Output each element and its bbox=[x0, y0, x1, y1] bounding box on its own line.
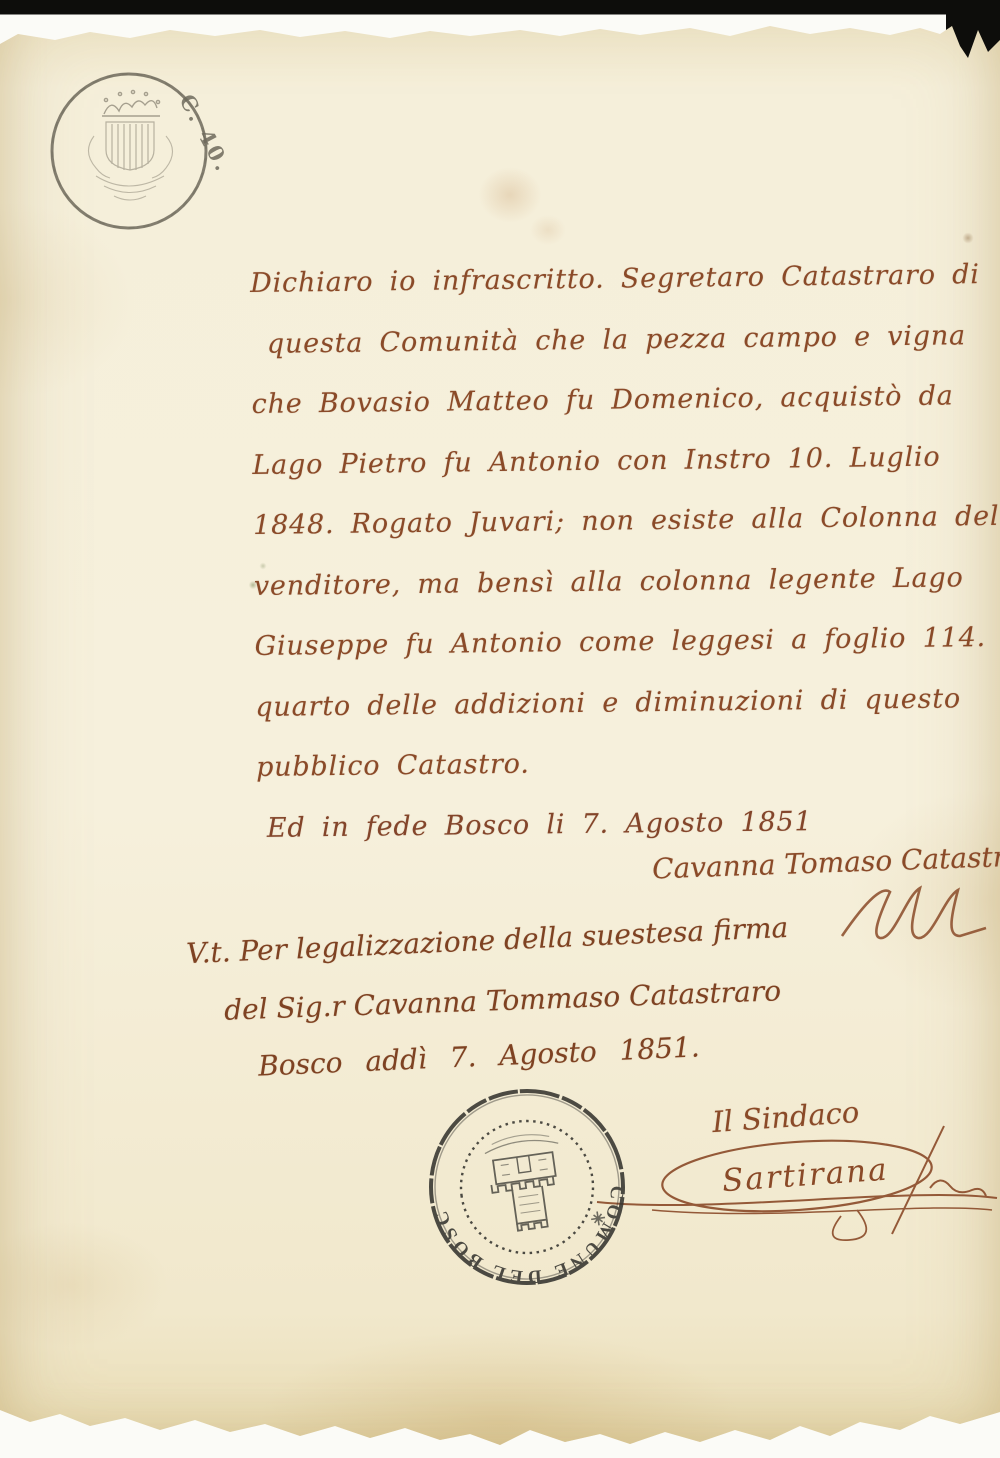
legalization-line: del Sig.r Cavanna Tommaso Catastraro bbox=[224, 974, 782, 1026]
manuscript-line: Giuseppe fu Antonio come leggesi a fogli… bbox=[254, 622, 1000, 692]
manuscript-body: Dichiaro io infrascritto. Segretaro Cata… bbox=[250, 259, 1000, 873]
manuscript-line: pubblico Catastro. bbox=[256, 743, 1000, 813]
manuscript-line: questa Comunità che la pezza campo e vig… bbox=[251, 319, 997, 389]
legalization-line: V.t. Per legalizzazione della suestesa f… bbox=[186, 911, 789, 970]
signature-end-squiggle bbox=[930, 1180, 986, 1196]
signature-pen-stroke bbox=[892, 1126, 944, 1234]
municipal-seal: COMUNE DEL BOSCO bbox=[420, 1080, 635, 1295]
castle-emblem bbox=[483, 1130, 569, 1233]
sindaco-signature: Sartirana bbox=[592, 1118, 1000, 1248]
signature-paraph-flourish bbox=[828, 878, 998, 958]
revenue-stamp: C. 40. bbox=[34, 56, 224, 246]
manuscript-line: venditore, ma bensì alla colonna legente… bbox=[254, 561, 1000, 631]
shield-emblem bbox=[106, 122, 154, 170]
manuscript-line: 1848. Rogato Juvari; non esiste alla Col… bbox=[253, 501, 999, 571]
signature-tail-loop bbox=[833, 1210, 867, 1240]
seal-outer-ring bbox=[420, 1080, 635, 1295]
manuscript-line: Dichiaro io infrascritto. Segretaro Cata… bbox=[250, 259, 996, 329]
manuscript-line: Lago Pietro fu Antonio con Instro 10. Lu… bbox=[252, 440, 998, 510]
seal-outer-ring-2 bbox=[423, 1083, 631, 1291]
manuscript-line: quarto delle addizioni e diminuzioni di … bbox=[255, 682, 1000, 752]
manuscript-line: che Bovasio Matteo fu Domenico, acquistò… bbox=[251, 380, 997, 450]
paper-sheet: C. 40. Dichiaro io infrascritto. Segreta… bbox=[0, 0, 1000, 1458]
sindaco-signature-name: Sartirana bbox=[721, 1152, 890, 1200]
revenue-stamp-value: C. 40. bbox=[174, 90, 224, 177]
legalization-line: Bosco addì 7. Agosto 1851. bbox=[257, 1030, 700, 1082]
signature-underline-flourish bbox=[597, 1195, 997, 1205]
crown-emblem bbox=[102, 90, 160, 116]
